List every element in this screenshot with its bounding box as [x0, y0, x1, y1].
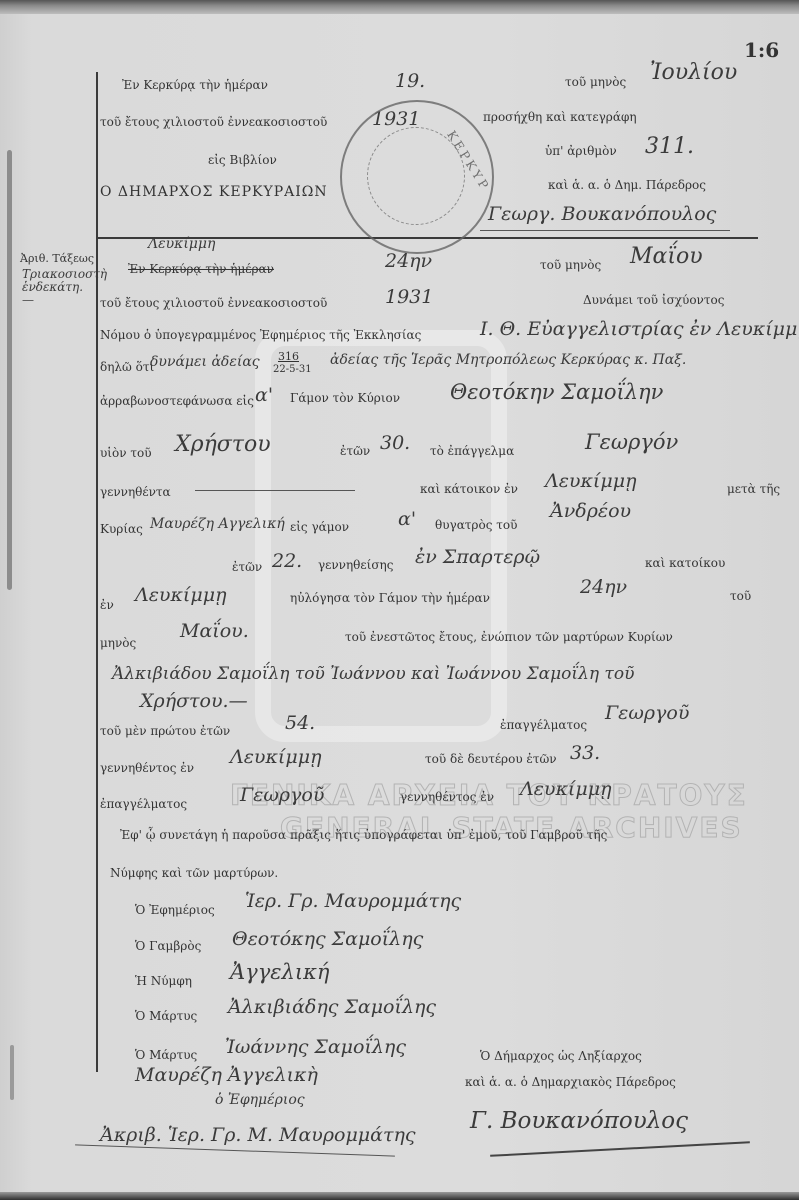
month2-label: μηνὸς — [100, 636, 136, 650]
of-label: τοῦ — [730, 589, 751, 603]
first-born-label: γεννηθέντος ἐν — [100, 761, 194, 775]
record-line1: Ἐν Κερκύρᾳ τὴν ἡμέραν — [128, 262, 274, 276]
into-marriage-label: εἰς γάμον — [290, 520, 349, 534]
groom-father: Χρήστου — [175, 432, 271, 457]
second-birthplace: Λευκίμμῃ — [520, 778, 611, 800]
priest-label: Νόμου ὁ ὑπογεγραμμένος Ἐφημέριος τῆς Ἐκκ… — [100, 328, 421, 342]
church-value: Ι. Θ. Εὐαγγελιστρίας ἐν Λευκίμμῃ. — [480, 318, 799, 340]
bride-extra-signature: Μαυρέζη Ἀγγελικὴ — [135, 1064, 318, 1086]
license-authority: ἀδείας τῆς Ἱερᾶς Μητροπόλεως Κερκύρας κ.… — [330, 352, 686, 368]
license-value: δυνάμει ἀδείας — [150, 354, 260, 370]
document-page: ΓΕΝΙΚΑ ΑΡΧΕΙΑ ΤΟΥ ΚΡΑΤΟΥΣ GENERAL STATE … — [0, 0, 799, 1200]
bride-resident-label: καὶ κατοίκου — [645, 556, 725, 570]
record-month-label: τοῦ μηνὸς — [540, 258, 601, 272]
certification-line — [75, 1144, 395, 1156]
profession-label: τὸ ἐπάγγελμα — [430, 444, 514, 458]
groom-label: Γάμον τὸν Κύριον — [290, 391, 400, 405]
first-birthplace: Λευκίμμῃ — [230, 746, 321, 768]
mayor-block-line1: Ὁ Δήμαρχος ὡς Ληξίαρχος — [480, 1049, 642, 1063]
witnesses-line: Ἀλκιβιάδου Σαμοΐλη τοῦ Ἰωάννου καὶ Ἰωάνν… — [112, 664, 634, 684]
declare-label: δηλῶ ὅτι — [100, 360, 154, 374]
bride-age: 22. — [272, 550, 302, 572]
license-date: 22-5-31 — [273, 364, 312, 375]
mayor-block-line2: καὶ ἁ. α. ὁ Δημαρχιακὸς Πάρεδρος — [465, 1075, 676, 1089]
margin-rule — [96, 72, 98, 1072]
reg-number-value: 311. — [645, 134, 694, 159]
signature-role: Ἡ Νύμφη — [135, 974, 192, 988]
binding-edge — [7, 150, 12, 590]
reg-city-line: Ἐν Κερκύρᾳ τὴν ἡμέραν — [122, 78, 268, 92]
bride-age-label: ἐτῶν — [232, 560, 262, 574]
groom-profession: Γεωργόν — [585, 430, 678, 454]
first-age-label: τοῦ μὲν πρώτου ἐτῶν — [100, 724, 230, 738]
reg-month-value: Ἰουλίου — [650, 60, 737, 85]
record-line1-label: Ἐν Κερκύρᾳ τὴν ἡμέραν — [128, 262, 274, 276]
reg-book-label: εἰς Βιβλίον — [208, 153, 277, 167]
reg-number-label: ὑπ' ἀριθμὸν — [545, 144, 617, 158]
record-day-value: 24ην — [385, 250, 432, 272]
signature-role: Ὁ Γαμβρὸς — [135, 939, 201, 953]
marriage-ordinal: α' — [255, 384, 273, 406]
groom-residence: Λευκίμμῃ — [545, 470, 636, 492]
official-stamp: ΚΕΡΚΥΡ — [340, 100, 494, 254]
groom-age: 30. — [380, 432, 410, 454]
wedding-day: 24ην — [580, 576, 627, 598]
signature-role: Ὁ Μάρτυς — [135, 1009, 197, 1023]
signature-value: Ἀλκιβιάδης Σαμοΐλης — [228, 996, 436, 1018]
witnesses-line2: Χρήστου.— — [140, 690, 248, 712]
closing-line1: Ἐφ' ᾧ συνετάγη ἡ παροῦσα πρᾶξις ἥτις ὑπο… — [120, 828, 607, 842]
resident-label: καὶ κάτοικον ἐν — [420, 482, 518, 496]
place-correction: Λευκίμμη — [148, 236, 215, 252]
page-number: 1:6 — [744, 38, 779, 62]
record-year-value: 1931 — [385, 286, 433, 308]
wedding-month: Μαΐου. — [180, 620, 249, 642]
second-age: 33. — [570, 742, 600, 764]
binding-edge-lower — [10, 1045, 14, 1100]
wed-label: ἀρραβωνοστεφάνωσα εἰς — [100, 394, 254, 408]
deputy-label: καὶ ἁ. α. ὁ Δημ. Πάρεδρος — [548, 178, 706, 192]
reg-day-value: 19. — [395, 70, 425, 92]
signature-value: Ἀγγελική — [230, 960, 329, 984]
second-born-label: γεννηθέντος ἐν — [400, 790, 494, 804]
son-of-label: υἱὸν τοῦ — [100, 446, 152, 460]
bride-extra-signature2: ὁ Ἐφημέριος — [215, 1092, 305, 1108]
first-prof-label: ἐπαγγέλματος — [500, 718, 587, 732]
signature-line — [480, 230, 730, 231]
record-year-label: τοῦ ἔτους χιλιοστοῦ ἐννεακοσιοστοῦ — [100, 296, 327, 310]
mayor-signature: Γ. Βουκανόπουλος — [470, 1108, 688, 1134]
first-prof: Γεωργοῦ — [605, 702, 689, 724]
record-month-value: Μαΐου — [630, 244, 703, 269]
blessed-label: ηὐλόγησα τὸν Γάμον τὴν ἡμέραν — [290, 591, 490, 605]
witness-intro: τοῦ ἐνεστῶτος ἔτους, ἐνώπιον τῶν μαρτύρω… — [345, 630, 673, 644]
certification-signature: Ἀκριβ. Ἱερ. Γρ. Μ. Μαυρομμάτης — [100, 1124, 416, 1146]
page-bottom-edge — [0, 1192, 799, 1200]
signature-role: Ὁ Μάρτυς — [135, 1048, 197, 1062]
second-prof-label: ἐπαγγέλματος — [100, 797, 187, 811]
bride-name: Μαυρέζη Αγγελική — [150, 516, 285, 532]
order-number-label: Ἀριθ. Τάξεως — [20, 252, 94, 265]
lady-label: Κυρίας — [100, 522, 143, 536]
mayor-title: Ο ΔΗΜΑΡΧΟΣ ΚΕΡΚΥΡΑΙΩΝ — [100, 184, 328, 200]
order-number-value: Τριακοσιοστὴ ἑνδεκάτη.— — [22, 268, 92, 307]
daughter-label: θυγατρὸς τοῦ — [435, 518, 517, 532]
page-top-edge — [0, 0, 799, 14]
deputy-signature: Γεωργ. Βουκανόπουλος — [488, 203, 716, 225]
with-label: μετὰ τῆς — [727, 482, 780, 496]
groom-years-label: ἐτῶν — [340, 444, 370, 458]
in-label: ἐν — [100, 598, 114, 612]
second-prof: Γεωργοῦ — [240, 784, 324, 806]
born-blank-line — [195, 490, 355, 491]
bride-birthplace: ἐν Σπαρτερῷ — [415, 546, 540, 568]
reg-year-label: τοῦ ἔτους χιλιοστοῦ ἐννεακοσιοστοῦ — [100, 115, 327, 129]
signature-role: Ὁ Ἐφημέριος — [135, 903, 215, 917]
reg-presented-label: προσήχθη καὶ κατεγράφη — [483, 110, 637, 124]
first-age: 54. — [285, 712, 315, 734]
closing-line2: Νύμφης καὶ τῶν μαρτύρων. — [110, 866, 278, 880]
reg-month-label: τοῦ μηνὸς — [565, 75, 626, 89]
signature-value: Ἱερ. Γρ. Μαυρομμάτης — [245, 890, 461, 912]
groom-name: Θεοτόκην Σαμοΐλην — [450, 380, 663, 404]
second-age-label: τοῦ δὲ δευτέρου ἐτῶν — [425, 752, 557, 766]
mayor-signature-flourish — [490, 1141, 750, 1157]
bride-residence: Λευκίμμῃ — [135, 584, 226, 606]
signature-value: Ἰωάννης Σαμοΐλης — [225, 1036, 406, 1058]
bride-born-label: γεννηθείσης — [318, 558, 393, 572]
license-number: 316 — [278, 350, 299, 363]
bride-marriage-ordinal: α' — [398, 508, 416, 530]
born-label: γεννηθέντα — [100, 485, 171, 499]
law-label: Δυνάμει τοῦ ἰσχύοντος — [583, 293, 724, 307]
signature-value: Θεοτόκης Σαμοΐλης — [232, 928, 423, 950]
bride-father: Ἀνδρέου — [550, 500, 631, 522]
